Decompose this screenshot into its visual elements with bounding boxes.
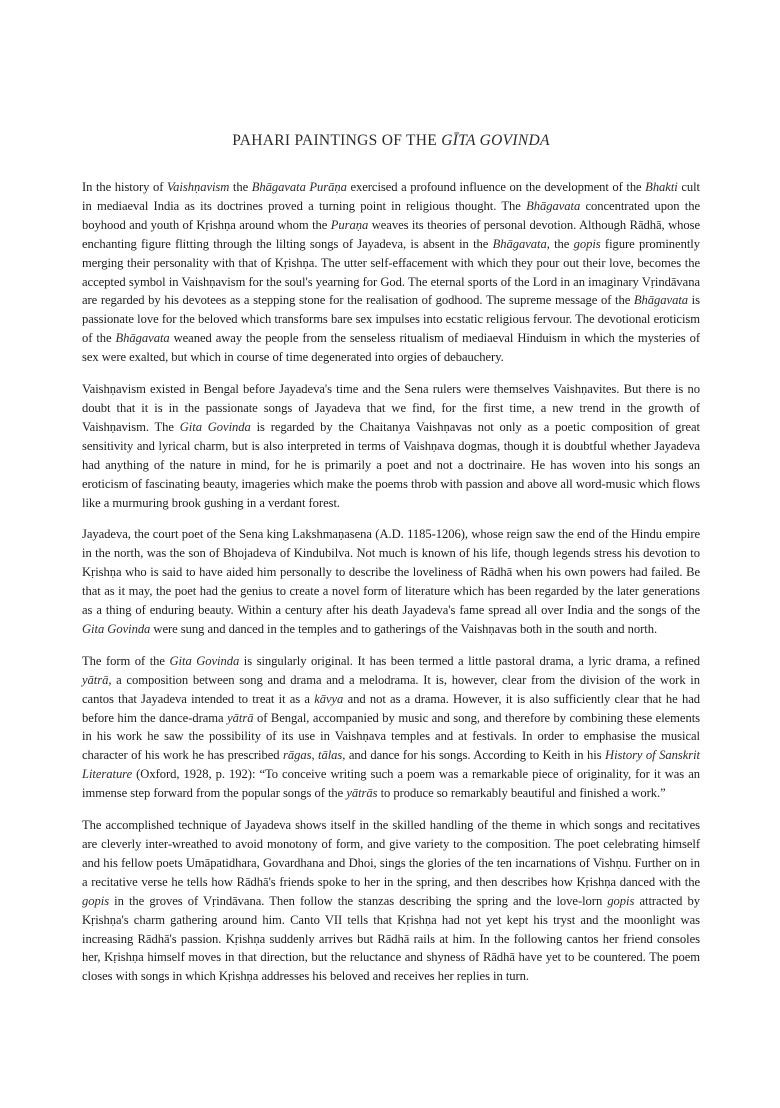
paragraph-vaishnavism-bengal: Vaishṇavism existed in Bengal before Jay… (82, 380, 700, 512)
italic-term: gopis (574, 237, 601, 251)
text-run: , the (547, 237, 574, 251)
italic-term: Bhāgavata (634, 293, 688, 307)
italic-term: kāvya (314, 692, 343, 706)
text-run: exercised a profound influence on the de… (347, 180, 645, 194)
italic-term: gopis (82, 894, 109, 908)
document-body: In the history of Vaishṇavism the Bhāgav… (82, 178, 700, 999)
text-run: weaned away the people from the senseles… (82, 331, 700, 364)
italic-term: Gita Govinda (82, 622, 150, 636)
italic-term: Bhāgavata Purāṇa (252, 180, 347, 194)
text-run: In the history of (82, 180, 167, 194)
italic-term: Bhakti (645, 180, 678, 194)
italic-term: Bhāgavata (116, 331, 170, 345)
italic-term: gopis (607, 894, 634, 908)
italic-term: Vaishṇavism (167, 180, 229, 194)
italic-term: yātrā (82, 673, 108, 687)
text-run: The form of the (82, 654, 170, 668)
text-run: The accomplished technique of Jayadeva s… (82, 818, 700, 889)
page-title: PAHARI PAINTINGS OF THE GĪTA GOVINDA (82, 132, 700, 150)
text-run: the (229, 180, 251, 194)
text-run: Jayadeva, the court poet of the Sena kin… (82, 527, 700, 617)
italic-term: Puraṇa (331, 218, 368, 232)
text-run: in the groves of Vṛindāvana. Then follow… (109, 894, 607, 908)
text-run: is singularly original. It has been term… (239, 654, 700, 668)
italic-term: Gita Govinda (180, 420, 251, 434)
paragraph-jayadeva-biography: Jayadeva, the court poet of the Sena kin… (82, 525, 700, 638)
paragraph-technique-of-jayadeva: The accomplished technique of Jayadeva s… (82, 816, 700, 986)
paragraph-form-of-gita-govinda: The form of the Gita Govinda is singular… (82, 652, 700, 803)
italic-term: Bhāgavata (526, 199, 580, 213)
text-run: and dance for his songs. According to Ke… (345, 748, 605, 762)
text-run: were sung and danced in the temples and … (150, 622, 657, 636)
italic-term: GĪTA GOVINDA (441, 132, 550, 149)
text-run: to produce so remarkably beautiful and f… (378, 786, 666, 800)
italic-term: yātrās (346, 786, 377, 800)
paragraph-bhagavata-influence: In the history of Vaishṇavism the Bhāgav… (82, 178, 700, 367)
italic-term: Bhāgavata (493, 237, 547, 251)
text-run: PAHARI PAINTINGS OF THE (232, 132, 441, 149)
italic-term: yātrā (227, 711, 253, 725)
italic-term: Gita Govinda (170, 654, 240, 668)
italic-term: rāgas, tālas, (283, 748, 345, 762)
